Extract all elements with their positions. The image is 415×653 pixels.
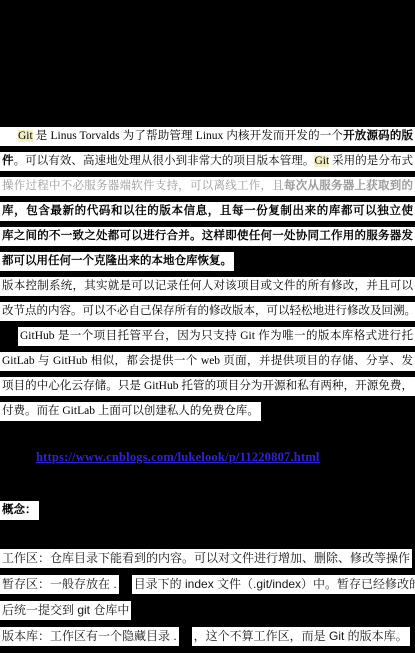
text-line: 都可以用任何一个克隆出来的本地仓库恢复。 [0, 252, 415, 271]
text-segment: 操作过程中不必服务器端软件支持，可以离线工作，且每次从服务器上获取到的是完整的 … [0, 177, 415, 196]
text-line: 库，包含最新的代码和以往的版本信息，且每一份复制出来的库都可以独立使用，任何两个 [0, 202, 415, 221]
text-segment: 付费。而在 GitLab 上面可以创建私人的免费仓库。 [0, 402, 261, 421]
text-segment: 项目的中心化云存储。只是 GitHub 托管的项目分为开源和私有两种，开源免费，… [0, 377, 415, 396]
text-line: 版本控制系统，其实就是可以记录任何人对该项目或文件的所有修改，并且可以恢复任意一… [0, 277, 415, 296]
highlighted-term: Git [18, 130, 33, 142]
text-run: 工作区：仓库目录下能看到的内容。可以对文件进行增加、删除、修改等操作 [2, 551, 410, 565]
text-line: 版本库：工作区有一个隐藏目录 .git，这个不算工作区，而是 Git 的版本库。 [0, 627, 415, 646]
text-run: 版本控制系统，其实就是可以记录任何人对该项目或文件的所有修改，并且可以恢复任意一… [2, 280, 413, 296]
text-run: 都可以用任何一个克隆出来的本地仓库恢复。 [2, 255, 232, 267]
text-segment: 库，包含最新的代码和以往的版本信息，且每一份复制出来的库都可以独立使用，任何两个 [0, 202, 415, 221]
concept-heading: 概念： [0, 501, 39, 520]
text-run: GitHub 是一个项目托管平台，因为只支持 Git 作为唯一的版本库格式进行托… [20, 330, 413, 346]
blog-link[interactable]: https://www.cnblogs.com/lukelook/p/11220… [36, 450, 320, 464]
paragraph-git-intro: Git 是 Linus Torvalds 为了帮助管理 Linux 内核开发而开… [0, 127, 415, 271]
text-segment: 暂存区：一般存放在 . [0, 575, 119, 594]
text-segment: 库之间的不一致之处都可以进行合并。这样即使任何一处协同工作用的服务器发生故障，事… [0, 227, 415, 246]
text-run: 件 [2, 155, 14, 167]
text-line: GitHub 是一个项目托管平台，因为只支持 Git 作为唯一的版本库格式进行托… [0, 327, 415, 346]
text-segment: 件。可以有效、高速地处理从很小到非常大的项目版本管理。Git 采用的是分布式版本… [0, 152, 415, 171]
text-segment: 后统一提交到 git 仓库中 [0, 601, 131, 620]
text-segment: 工作区：仓库目录下能看到的内容。可以对文件进行增加、删除、修改等操作 [0, 549, 412, 568]
text-line: 付费。而在 GitLab 上面可以创建私人的免费仓库。 [0, 402, 415, 421]
text-run: 操作过程中不必服务器端软件支持，可以离线工作，且 [2, 180, 284, 192]
text-segment: 版本控制系统，其实就是可以记录任何人对该项目或文件的所有修改，并且可以恢复任意一… [0, 277, 415, 296]
text-line: 件。可以有效、高速地处理从很小到非常大的项目版本管理。Git 采用的是分布式版本… [0, 152, 415, 171]
paragraph-version-control: 版本控制系统，其实就是可以记录任何人对该项目或文件的所有修改，并且可以恢复任意一… [0, 277, 415, 321]
text-run: 改节点的内容。可以不必自己保存所有的修改版本，可以轻松地进行修改及回溯。 [2, 305, 415, 317]
text-segment: 都可以用任何一个克隆出来的本地仓库恢复。 [0, 252, 234, 271]
text-run: GitLab 与 GitHub 相似，都会提供一个 web 页面，并提供项目的存… [2, 355, 413, 371]
text-line: 工作区：仓库目录下能看到的内容。可以对文件进行增加、删除、修改等操作 [0, 549, 415, 568]
text-run: 。可以有效、高速地处理从很小到非常大的项目版本管理。 [14, 155, 315, 167]
text-line: 后统一提交到 git 仓库中 [0, 601, 415, 620]
text-line: 项目的中心化云存储。只是 GitHub 托管的项目分为开源和私有两种，开源免费，… [0, 377, 415, 396]
text-segment: 目录下的 index 文件（.git/index）中。暂存已经修改的文件，以便最 [132, 575, 415, 594]
text-line: 暂存区：一般存放在 .git目录下的 index 文件（.git/index）中… [0, 575, 415, 594]
paragraph-github-gitlab: GitHub 是一个项目托管平台，因为只支持 Git 作为唯一的版本库格式进行托… [0, 327, 415, 421]
blog-link-row: https://www.cnblogs.com/lukelook/p/11220… [0, 448, 415, 465]
text-line: 库之间的不一致之处都可以进行合并。这样即使任何一处协同工作用的服务器发生故障，事… [0, 227, 415, 246]
hidden-text: git [179, 627, 192, 646]
text-run: 是 Linus Torvalds 为了帮助管理 Linux 内核开发而开发的一个 [33, 130, 343, 142]
highlighted-term: Git [314, 155, 329, 167]
text-segment: ，这个不算工作区，而是 Git 的版本库。 [192, 627, 410, 646]
text-line: 操作过程中不必服务器端软件支持，可以离线工作，且每次从服务器上获取到的是完整的 … [0, 177, 415, 196]
concept-heading-row: 概念： [0, 501, 415, 520]
text-line: Git 是 Linus Torvalds 为了帮助管理 Linux 内核开发而开… [0, 127, 415, 146]
hidden-text: git [119, 575, 132, 594]
text-segment: 版本库：工作区有一个隐藏目录 . [0, 627, 179, 646]
text-segment: GitLab 与 GitHub 相似，都会提供一个 web 页面，并提供项目的存… [0, 352, 415, 371]
text-run: 项目的中心化云存储。只是 GitHub 托管的项目分为开源和私有两种，开源免费，… [2, 380, 413, 396]
document-page: Git 是 Linus Torvalds 为了帮助管理 Linux 内核开发而开… [0, 0, 415, 646]
text-run: 后统一提交到 git 仓库中 [2, 603, 129, 617]
text-run: 付费。而在 GitLab 上面可以创建私人的免费仓库。 [2, 405, 259, 417]
text-segment: Git 是 Linus Torvalds 为了帮助管理 Linux 内核开发而开… [0, 127, 415, 146]
text-line: 改节点的内容。可以不必自己保存所有的修改版本，可以轻松地进行修改及回溯。 [0, 302, 415, 321]
text-run: 库，包含最新的代码和以往的版本信息，且每一份复制出来的库都可以独立使用，任何两个 [2, 205, 413, 221]
text-line: GitLab 与 GitHub 相似，都会提供一个 web 页面，并提供项目的存… [0, 352, 415, 371]
concept-definitions: 工作区：仓库目录下能看到的内容。可以对文件进行增加、删除、修改等操作暂存区：一般… [0, 549, 415, 646]
text-run: 库之间的不一致之处都可以进行合并 [2, 230, 190, 242]
text-segment: 改节点的内容。可以不必自己保存所有的修改版本，可以轻松地进行修改及回溯。 [0, 302, 415, 321]
text-segment: GitHub 是一个项目托管平台，因为只支持 Git 作为唯一的版本库格式进行托… [18, 327, 415, 346]
